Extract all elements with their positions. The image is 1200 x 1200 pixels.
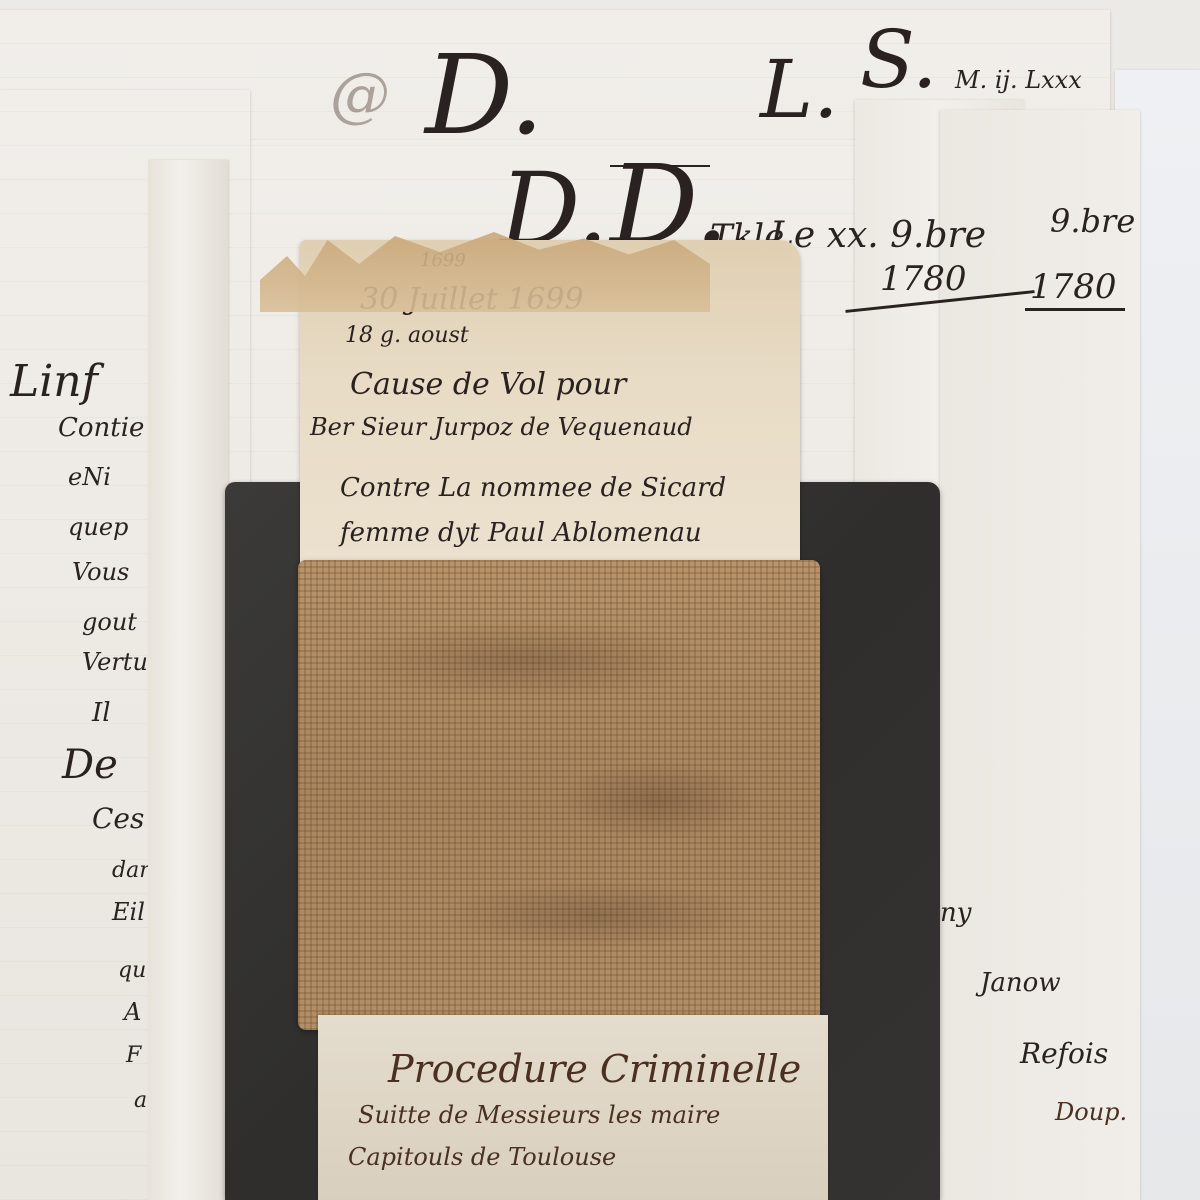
cross-stroke — [610, 165, 710, 167]
left-line-4: quep — [68, 515, 128, 539]
left-line-13: qu — [118, 960, 146, 982]
left-line-1: Linf — [10, 360, 98, 404]
right-year: 1780 — [1030, 270, 1117, 304]
label-title: Procedure Criminelle — [388, 1050, 801, 1088]
left-line-10: Ces — [92, 805, 144, 833]
left-line-12: Eil — [112, 900, 145, 924]
left-line-14: A — [124, 1000, 141, 1024]
left-line-15: F — [126, 1045, 141, 1067]
ink-stain — [558, 760, 758, 840]
faded-flourish: @ — [330, 65, 390, 125]
ink-stain — [338, 620, 718, 700]
right-date: 9.bre — [1050, 205, 1135, 237]
left-line-2: Contie — [58, 415, 144, 441]
right-line-4: Doup. — [1055, 1100, 1127, 1124]
manuscript-photo: D. L. S. M. ij. Lxxx @ D. D. Tkle. ~~~~~… — [0, 0, 1200, 1200]
folded-sheet-left — [148, 160, 228, 1200]
label-line-3: Capitouls de Toulouse — [348, 1145, 616, 1169]
left-line-3: eNi — [68, 465, 111, 489]
ink-stain — [438, 880, 758, 950]
left-line-6: gout — [82, 610, 137, 634]
right-line-2: Janow — [980, 970, 1061, 996]
booklet-line-6: femme dyt Paul Ablomenau — [340, 520, 702, 546]
year-1780: 1780 — [880, 262, 967, 296]
date-note: M. ij. Lxxx — [955, 68, 1082, 92]
right-line-3: Refois — [1020, 1040, 1108, 1068]
left-line-7: Vertu — [82, 650, 148, 674]
booklet-line-2: 18 g. aoust — [345, 325, 469, 347]
left-line-9: De — [62, 745, 118, 785]
label-line-2: Suitte de Messieurs les maire — [358, 1103, 720, 1127]
calligraphy-initial-d: D. — [425, 40, 544, 150]
left-line-16: a — [134, 1090, 147, 1112]
date-line: Le xx. 9.bre — [770, 218, 986, 254]
booklet-line-4: Ber Sieur Jurpoz de Vequenaud — [310, 415, 693, 439]
vellum-label: Procedure Criminelle Suitte de Messieurs… — [318, 1015, 828, 1200]
left-line-5: Vous — [72, 560, 129, 584]
booklet-line-3: Cause de Vol pour — [350, 370, 626, 400]
booklet-line-5: Contre La nommee de Sicard — [340, 475, 726, 501]
left-line-8: Il — [92, 700, 111, 726]
calligraphy-initial-s: S. — [860, 20, 937, 100]
right-line-1: ny — [940, 900, 971, 926]
calligraphy-initial-l: L. — [760, 50, 839, 130]
right-year-underline — [1025, 308, 1125, 311]
burlap-band — [298, 560, 820, 1030]
